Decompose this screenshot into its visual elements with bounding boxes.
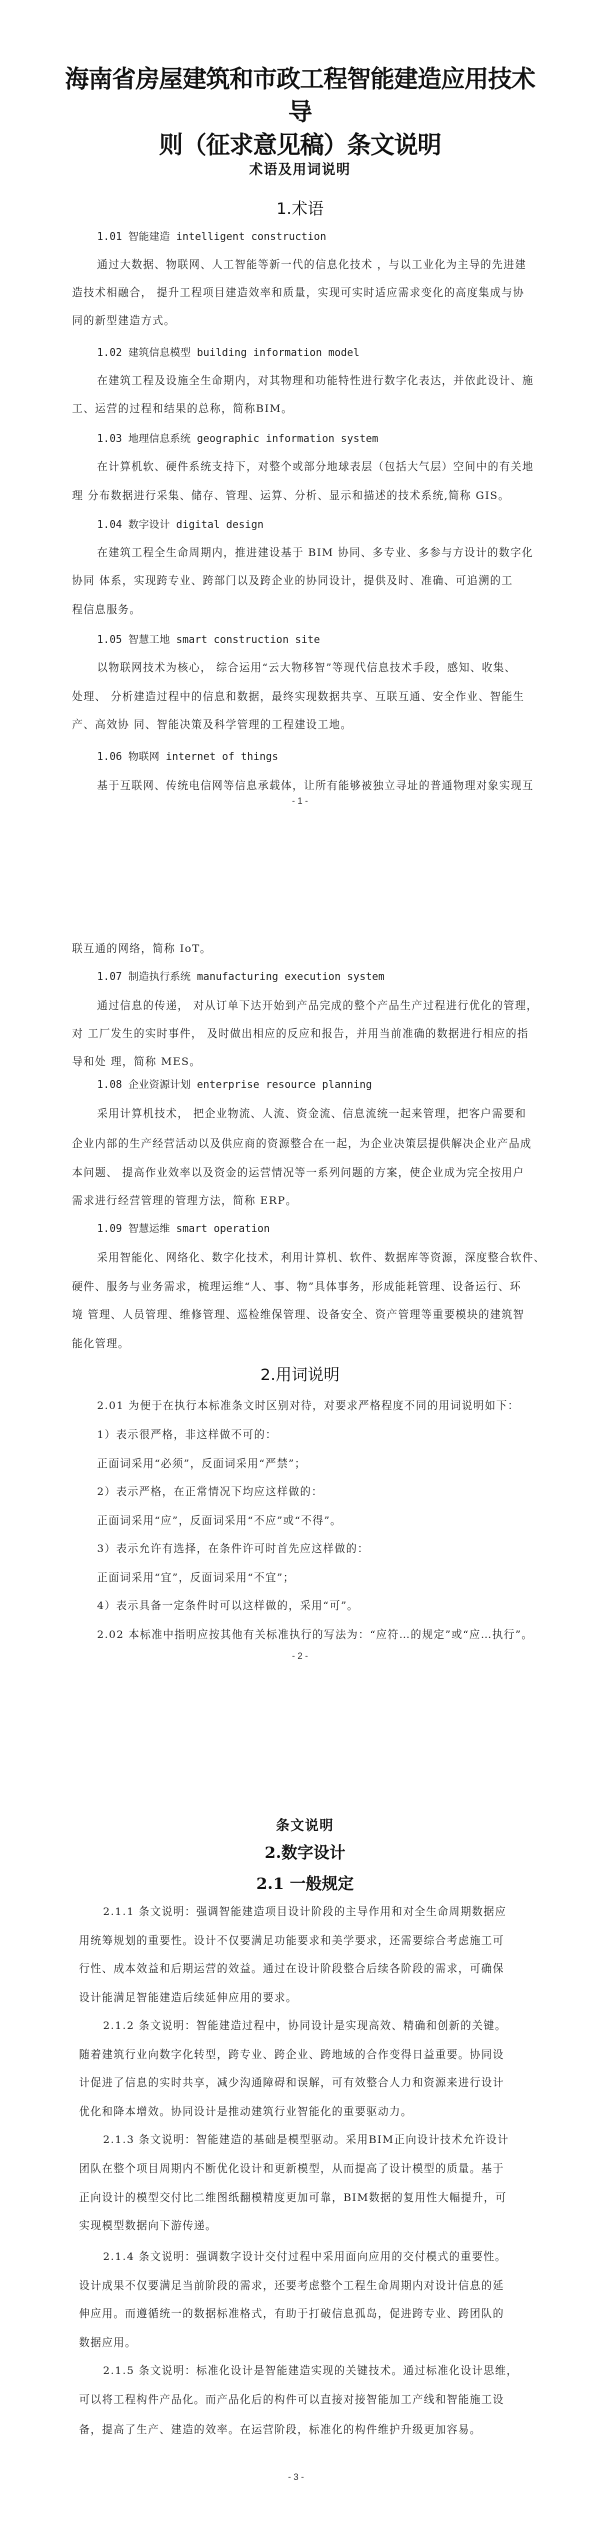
clause-line: 伸应用。而遵循统一的数据标准格式，有助于打破信息孤岛，促进跨专业、跨团队的 [79, 2307, 504, 2321]
clause-line: 随着建筑行业向数字化转型，跨专业、跨企业、跨地域的合作变得日益重要。协同设 [79, 2048, 504, 2062]
clause-line: 2.1.4 条文说明：强调数字设计交付过程中采用面向应用的交付模式的重要性。 [103, 2250, 507, 2264]
clause-line: 行性、成本效益和后期运营的效益。通过在设计阶段整合后续各阶段的需求，可确保 [79, 1962, 504, 1976]
clause-line: 2.1.1 条文说明：强调智能建造项目设计阶段的主导作用和对全生命周期数据应 [103, 1905, 507, 1919]
clause-line: 数据应用。 [79, 2336, 136, 2350]
subsection-heading-general: 2.1 一般规定 [5, 1871, 600, 1894]
clause-line: 正向设计的模型交付比二维图纸翻模精度更加可靠，BIM数据的复用性大幅提升，可 [79, 2191, 507, 2205]
clause-line: 2.1.3 条文说明：智能建造的基础是模型驱动。采用BIM正向设计技术允许设计 [103, 2133, 509, 2147]
clause-line: 优化和降本增效。协同设计是推动建筑行业智能化的重要驱动力。 [79, 2105, 412, 2119]
clause-line: 2.1.2 条文说明：智能建造过程中，协同设计是实现高效、精确和创新的关键。 [103, 2019, 507, 2033]
clause-line: 设计成果不仅要满足当前阶段的需求，还要考虑整个工程生命周期内对设计信息的延 [79, 2279, 504, 2293]
clause-line: 备，提高了生产、建造的效率。在运营阶段，标准化的构件维护升级更加容易。 [79, 2423, 481, 2437]
clause-line: 设计能满足智能建造后续延伸应用的要求。 [79, 1991, 297, 2005]
page-3: 条文说明 2.数字设计 2.1 一般规定 2.1.1 条文说明：强调智能建造项目… [0, 0, 600, 2545]
clause-line: 团队在整个项目周期内不断优化设计和更新模型，从而提高了设计模型的质量。基于 [79, 2162, 504, 2176]
clause-line: 可以将工程构件产品化。而产品化后的构件可以直接对接智能加工产线和智能施工设 [79, 2393, 504, 2407]
clause-line: 用统筹规划的重要性。设计不仅要满足功能要求和美学要求，还需要综合考虑施工可 [79, 1934, 504, 1948]
clause-line: 2.1.5 条文说明：标准化设计是智能建造实现的关键技术。通过标准化设计思维， [103, 2364, 518, 2378]
page-number: - 3 - [0, 2472, 596, 2482]
chapter-heading-digital-design: 2.数字设计 [5, 1840, 600, 1863]
clause-line: 实现模型数据向下游传递。 [79, 2219, 217, 2233]
section-heading-clause-notes: 条文说明 [5, 1814, 600, 1834]
clause-line: 计促进了信息的实时共享，减少沟通障碍和误解，可有效整合人力和资源来进行设计 [79, 2076, 504, 2090]
